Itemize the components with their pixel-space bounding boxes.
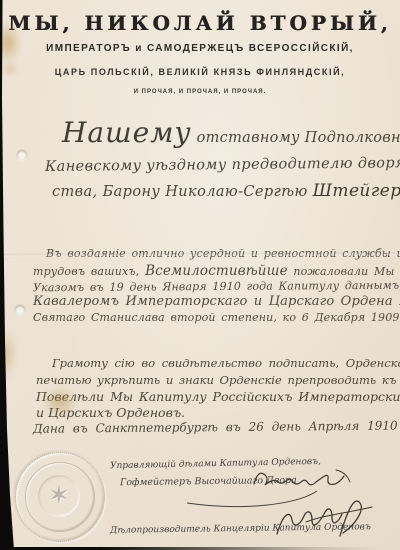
instruction-line-3: Повелѣли Мы Капитулу Россійскихъ Императ… <box>36 389 400 404</box>
grant-line-2-start: трудовъ вашихъ, <box>33 265 145 278</box>
instruction-line-2: печатью укрѣпить и знаки Орденскіе препр… <box>36 373 400 387</box>
grant-line-3: Указомъ въ 19 день Января 1910 года Капи… <box>33 279 400 295</box>
signature-2-mark <box>272 494 376 544</box>
grant-line-2-emphasis: Всемилостивѣйше <box>145 263 288 279</box>
punch-hole <box>17 150 27 160</box>
foxing-stain <box>42 386 78 418</box>
instruction-line-1: Грамоту сію во свидѣтельство подписать, … <box>52 356 400 370</box>
address-line-2: Каневскому уѣздному предводителю дворян- <box>45 155 400 175</box>
issue-date-line: Дана въ Санктпетербургѣ въ 26 день Апрѣл… <box>33 418 400 435</box>
address-line-1-rest: отставному Подполковнику, <box>192 130 400 146</box>
punch-hole <box>15 305 25 315</box>
recipient-name: Штейгеру. <box>313 181 400 201</box>
header-subtitle-etc: И ПРОЧАЯ, И ПРОЧАЯ, И ПРОЧАЯ. <box>0 89 400 95</box>
scan-edge-left <box>0 0 16 550</box>
address-line-3: ства, Барону Николаю-Сергѣю Штейгеру. <box>52 181 400 201</box>
address-line-1: Нашему отставному Подполковнику, <box>62 116 400 149</box>
address-line-3-start: ства, Барону Николаю-Сергѣю <box>52 184 313 200</box>
grant-line-2: трудовъ вашихъ, Всемилостивѣйше пожалова… <box>33 263 400 279</box>
foxing-stain <box>2 62 18 76</box>
grant-line-5: Святаго Станислава второй степени, ко 6 … <box>33 311 400 324</box>
grant-line-4: Кавалеромъ Императорскаго и Царскаго Орд… <box>33 294 400 309</box>
signature-2-ink <box>272 494 376 544</box>
page-title: МЫ, НИКОЛАЙ ВТОРЫЙ, <box>0 11 400 35</box>
embossed-seal: ✶ <box>15 452 105 542</box>
header-subtitle-tsar: ЦАРЬ ПОЛЬСКІЙ, ВЕЛИКІЙ КНЯЗЬ ФИНЛЯНДСКІЙ… <box>0 67 400 77</box>
header-subtitle-imperator: ИМПЕРАТОРЪ и САМОДЕРЖЕЦЪ ВСЕРОССІЙСКІЙ, <box>0 43 400 54</box>
diploma-page: МЫ, НИКОЛАЙ ВТОРЫЙ, ИМПЕРАТОРЪ и САМОДЕР… <box>0 0 400 550</box>
seal-center-emblem-icon: ✶ <box>38 475 80 517</box>
address-lead-word: Нашему <box>62 116 192 149</box>
grant-line-2-end: пожаловали Мы васъ, <box>288 265 400 278</box>
